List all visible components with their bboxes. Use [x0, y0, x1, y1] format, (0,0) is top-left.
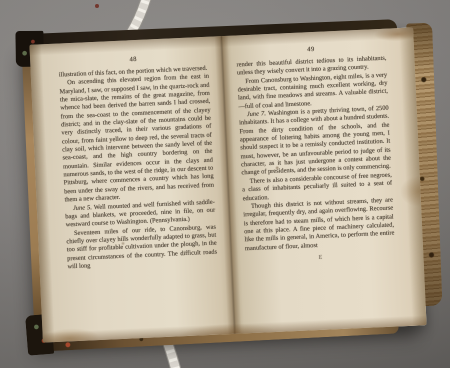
- red-speck: [95, 4, 99, 8]
- journal-date: June 5.: [73, 204, 92, 212]
- photo-background: 48 illustration of this fact, on the por…: [0, 0, 450, 368]
- left-page: 48 illustration of this fact, on the por…: [29, 36, 234, 342]
- right-page-number: 49: [236, 43, 386, 57]
- page-spread: 48 illustration of this fact, on the por…: [29, 27, 426, 342]
- paragraph: Though this district is not without stre…: [243, 196, 395, 253]
- journal-entry: June 7. Washington is a pretty thriving …: [239, 105, 392, 178]
- paragraph: On ascending this elevated region from t…: [59, 73, 215, 205]
- journal-date: June 7.: [247, 110, 266, 118]
- left-page-number: 48: [58, 53, 208, 67]
- paragraph: Seventeen miles of our ride, to Canonsbu…: [66, 223, 218, 271]
- open-book: 48 illustration of this fact, on the por…: [29, 27, 426, 342]
- left-page-text: 48 illustration of this fact, on the por…: [58, 53, 217, 272]
- signature-mark: E: [245, 251, 395, 264]
- right-page-text: 49 render this beautiful district tediou…: [236, 43, 396, 264]
- right-page: 49 render this beautiful district tediou…: [221, 27, 426, 333]
